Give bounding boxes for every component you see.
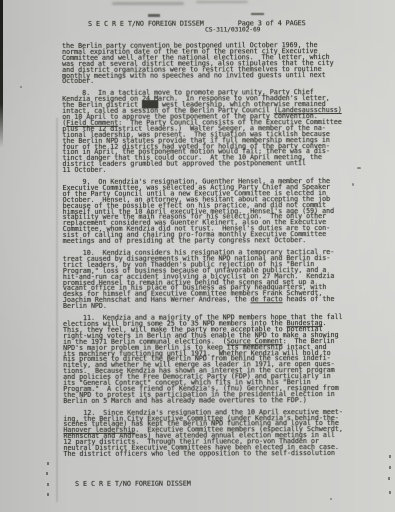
scan-fold-line	[56, 118, 58, 502]
page-footer: S E C R E T/NO FOREIGN DISSEM	[75, 481, 191, 488]
paragraph-12: 12. Since Kendzia's resignation and the …	[63, 410, 363, 458]
page-header: S E C R E T/NO FOREIGN DISSEM Page 3 of …	[88, 21, 306, 34]
scan-margin-mark	[389, 455, 391, 458]
scan-mark	[148, 14, 160, 17]
scan-margin-mark	[389, 466, 391, 469]
scan-speck	[20, 86, 22, 88]
classification-banner-bottom: S E C R E T/NO FOREIGN DISSEM	[75, 480, 191, 488]
scan-smudge	[112, 2, 184, 5]
classification-banner-top: S E C R E T/NO FOREIGN DISSEM	[88, 22, 204, 28]
document-body: the Berlin party convention be postponed…	[62, 43, 363, 464]
paragraph-8: 8. In a tactical move to promote party u…	[62, 90, 362, 174]
scan-margin-mark	[47, 493, 49, 496]
paragraph-10: 10. Kendzia considers his resignation a …	[63, 250, 363, 310]
scanned-document-page: S E C R E T/NO FOREIGN DISSEM Page 3 of …	[0, 0, 395, 512]
paragraph-11: 11. Kendzia and a majority of the NPD me…	[63, 315, 363, 405]
scan-edge-strip	[0, 0, 3, 148]
paragraph-continuation: the Berlin party convention be postponed…	[62, 43, 362, 85]
scan-margin-mark	[46, 472, 48, 475]
scan-margin-mark	[388, 477, 390, 480]
scan-margin-mark	[389, 491, 391, 494]
paragraph-9: 9. On Kendzia's resignation, Guenther He…	[62, 179, 362, 245]
scan-margin-mark	[47, 483, 49, 486]
scan-mark	[251, 13, 264, 15]
scan-speck	[330, 498, 332, 500]
scan-smudge	[196, 1, 248, 3]
scan-margin-mark	[47, 462, 49, 465]
document-number: CS-311/03102-69	[205, 27, 306, 34]
